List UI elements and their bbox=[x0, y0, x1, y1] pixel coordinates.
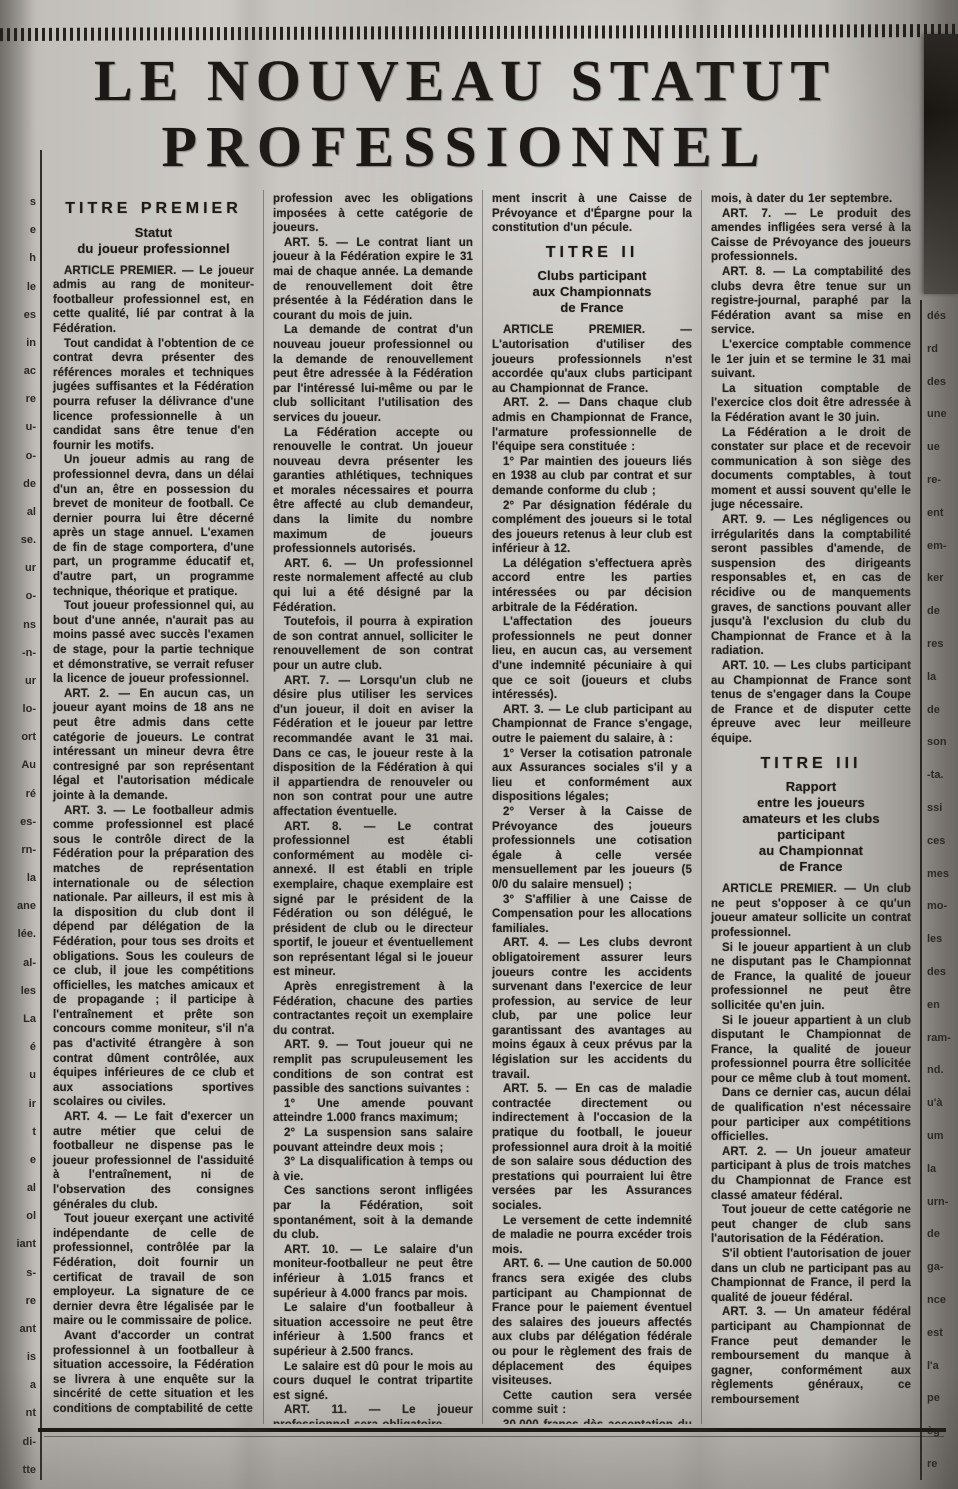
edge-text-fragment: des bbox=[927, 966, 957, 978]
article-paragraph: ART. 8. — Le contrat professionnel est é… bbox=[273, 820, 473, 981]
edge-text-fragment: é bbox=[2, 1041, 36, 1053]
edge-text-fragment: ces bbox=[927, 835, 957, 847]
article-paragraph: Tout candidat à l'obtention de ce contra… bbox=[53, 337, 254, 454]
edge-text-fragment: a bbox=[2, 1379, 36, 1391]
article-paragraph: ART. 6. — Un professionnel reste normale… bbox=[273, 557, 473, 615]
edge-text-fragment: l'a bbox=[927, 1360, 957, 1372]
edge-text-fragment: nce bbox=[927, 1294, 957, 1306]
edge-text-fragment: les bbox=[927, 933, 957, 945]
article-column: TITRE PREMIERStatutdu joueur professionn… bbox=[44, 190, 263, 1424]
edge-text-fragment: La bbox=[2, 1013, 36, 1025]
article-columns: TITRE PREMIERStatutdu joueur professionn… bbox=[44, 190, 920, 1424]
article-paragraph: ART. 4. — Le fait d'exercer un autre mét… bbox=[53, 1110, 254, 1212]
section-subtitle: participant bbox=[711, 827, 911, 843]
article-paragraph: ART. 5. — Le contrat liant un joueur à l… bbox=[273, 236, 473, 324]
edge-text-fragment: e bbox=[2, 1154, 36, 1166]
article-paragraph: ART. 3. — Le club participant au Champio… bbox=[492, 703, 692, 747]
edge-text-fragment: u bbox=[2, 1069, 36, 1081]
edge-text-fragment: de bbox=[927, 605, 957, 617]
edge-text-fragment: rd bbox=[927, 343, 957, 355]
article-paragraph: ART. 9. — Les négligences ou irrégularit… bbox=[711, 513, 911, 659]
article-paragraph: ART. 5. — En cas de maladie contractée d… bbox=[492, 1082, 692, 1213]
article-paragraph: L'affectation des joueurs professionnels… bbox=[492, 615, 692, 703]
article-paragraph: 2° Verser à la Caisse de Prévoyance des … bbox=[492, 805, 692, 893]
edge-text-fragment: s bbox=[2, 196, 36, 208]
article-paragraph: Cette caution sera versée comme suit : bbox=[492, 1389, 692, 1418]
edge-text-fragment: ir bbox=[2, 1098, 36, 1110]
right-vertical-rule bbox=[920, 300, 922, 1480]
article-paragraph: 2° Par désignation fédérale du complémen… bbox=[492, 499, 692, 557]
edge-text-fragment: ent bbox=[927, 507, 957, 519]
article-paragraph: profession avec les obligations imposées… bbox=[273, 192, 473, 236]
edge-text-fragment: ker bbox=[927, 572, 957, 584]
edge-text-fragment: ga- bbox=[927, 1261, 957, 1273]
edge-text-fragment: est bbox=[927, 1327, 957, 1339]
edge-text-fragment: em- bbox=[927, 540, 957, 552]
edge-text-fragment: ane bbox=[2, 900, 36, 912]
edge-text-fragment: la bbox=[2, 872, 36, 884]
article-paragraph: mois, à dater du 1er septembre. bbox=[711, 192, 911, 207]
edge-text-fragment: is bbox=[2, 1351, 36, 1363]
article-paragraph: Tout joueur professionnel qui, au bout d… bbox=[53, 599, 254, 687]
article-paragraph: Dans ce dernier cas, aucun délai de qual… bbox=[711, 1086, 911, 1144]
edge-text-fragment: ré bbox=[2, 788, 36, 800]
edge-text-fragment: -ta. bbox=[927, 769, 957, 781]
edge-text-fragment: h bbox=[2, 252, 36, 264]
edge-text-fragment: u'à bbox=[927, 1097, 957, 1109]
article-paragraph: 3° La disqualification à temps ou à vie. bbox=[273, 1155, 473, 1184]
edge-text-fragment: -n- bbox=[2, 647, 36, 659]
section-title: TITRE II bbox=[492, 246, 692, 261]
section-title: TITRE III bbox=[711, 757, 911, 772]
section-subtitle: du joueur professionnel bbox=[53, 241, 254, 257]
edge-text-fragment: se. bbox=[2, 534, 36, 546]
section-subtitle: au Championnat bbox=[711, 843, 911, 859]
top-border-ticks bbox=[0, 24, 958, 41]
right-column-fragments: désrddesuneuere-entem-kerderesladeson-ta… bbox=[924, 310, 957, 1470]
article-paragraph: ARTICLE PREMIER. — L'autorisation d'util… bbox=[492, 323, 692, 396]
section-subtitle: Statut bbox=[53, 225, 254, 241]
edge-text-fragment: in bbox=[2, 337, 36, 349]
edge-text-fragment: mes bbox=[927, 868, 957, 880]
edge-text-fragment: s- bbox=[2, 1267, 36, 1279]
article-column: ment inscrit à une Caisse de Prévoyance … bbox=[482, 190, 701, 1424]
bottom-horizontal-rule bbox=[38, 1428, 946, 1432]
edge-text-fragment: lo- bbox=[2, 703, 36, 715]
article-column: mois, à dater du 1er septembre.ART. 7. —… bbox=[701, 190, 920, 1424]
edge-text-fragment: iant bbox=[2, 1238, 36, 1250]
article-paragraph: ART. 2. — En aucun cas, un joueur ayant … bbox=[53, 687, 254, 804]
article-paragraph: ART. 4. — Les clubs devront obligatoirem… bbox=[492, 936, 692, 1082]
article-paragraph: ment inscrit à une Caisse de Prévoyance … bbox=[492, 192, 692, 236]
edge-text-fragment: re bbox=[2, 393, 36, 405]
section-subtitle: de France bbox=[711, 859, 911, 875]
article-paragraph: S'il obtient l'autorisation de jouer dan… bbox=[711, 1247, 911, 1305]
article-paragraph: ART. 2. — Un joueur amateur participant … bbox=[711, 1145, 911, 1203]
edge-text-fragment: la bbox=[927, 671, 957, 683]
edge-text-fragment: ns bbox=[2, 619, 36, 631]
edge-text-fragment: la bbox=[927, 1163, 957, 1175]
article-paragraph: ART. 3. — Un amateur fédéral participant… bbox=[711, 1305, 911, 1407]
article-paragraph: ART. 3. — Le footballeur admis comme pro… bbox=[53, 804, 254, 1110]
article-paragraph: ART. 6. — Une caution de 50.000 francs s… bbox=[492, 1257, 692, 1388]
edge-text-fragment: urn- bbox=[927, 1196, 957, 1208]
edge-text-fragment: ort bbox=[2, 731, 36, 743]
article-paragraph: ART. 2. — Dans chaque club admis en Cham… bbox=[492, 396, 692, 454]
article-paragraph: 3° S'affilier à une Caisse de Compensati… bbox=[492, 893, 692, 937]
bottom-horizontal-rule-thin bbox=[44, 1436, 944, 1437]
edge-text-fragment: tte bbox=[2, 1464, 36, 1476]
left-column-fragments: sehleesinacreu-o-dealse.uro-ns-n-urlo-or… bbox=[2, 196, 38, 1476]
edge-text-fragment: mo- bbox=[927, 900, 957, 912]
edge-text-fragment: ssi bbox=[927, 802, 957, 814]
edge-text-fragment: ur bbox=[2, 675, 36, 687]
headline: LE NOUVEAU STATUT PROFESSIONNEL bbox=[40, 48, 890, 180]
article-paragraph: ART. 10. — Les clubs participant au Cham… bbox=[711, 659, 911, 747]
article-paragraph: Ces sanctions seront infligées par la Fé… bbox=[273, 1184, 473, 1242]
article-paragraph: 30.000 francs dès acceptation du club da… bbox=[492, 1418, 692, 1424]
edge-text-fragment: re bbox=[927, 1458, 957, 1470]
edge-text-fragment: des bbox=[927, 376, 957, 388]
article-paragraph: Tout joueur de cette catégorie ne peut c… bbox=[711, 1203, 911, 1247]
edge-text-fragment: ant bbox=[2, 1323, 36, 1335]
article-paragraph: Tout joueur exerçant une activité indépe… bbox=[53, 1212, 254, 1329]
article-paragraph: Le salaire est dû pour le mois au cours … bbox=[273, 1360, 473, 1404]
section-subtitle: entre les joueurs bbox=[711, 795, 911, 811]
edge-text-fragment: re- bbox=[927, 474, 957, 486]
article-paragraph: Après enregistrement à la Fédération, ch… bbox=[273, 980, 473, 1038]
edge-text-fragment: de bbox=[2, 478, 36, 490]
edge-text-fragment: e bbox=[2, 224, 36, 236]
article-paragraph: ART. 9. — Tout joueur qui ne remplit pas… bbox=[273, 1038, 473, 1096]
section-subtitle: amateurs et les clubs bbox=[711, 811, 911, 827]
edge-text-fragment: es- bbox=[2, 816, 36, 828]
edge-text-fragment: le bbox=[2, 281, 36, 293]
edge-text-fragment: ol bbox=[2, 1210, 36, 1222]
edge-text-fragment: al bbox=[2, 506, 36, 518]
article-paragraph: 1° Une amende pouvant atteindre 1.000 fr… bbox=[273, 1097, 473, 1126]
edge-text-fragment: ac bbox=[2, 365, 36, 377]
article-paragraph: ARTICLE PREMIER. — Un club ne peut s'opp… bbox=[711, 882, 911, 940]
section-subtitle: Rapport bbox=[711, 779, 911, 795]
section-subtitle: aux Championnats bbox=[492, 284, 692, 300]
article-paragraph: Toutefois, il pourra à expiration de son… bbox=[273, 615, 473, 673]
edge-text-fragment: res bbox=[927, 638, 957, 650]
edge-text-fragment: u- bbox=[2, 421, 36, 433]
edge-text-fragment: t bbox=[2, 1126, 36, 1138]
article-paragraph: 2° La suspension sans salaire pouvant at… bbox=[273, 1126, 473, 1155]
edge-text-fragment: une bbox=[927, 408, 957, 420]
article-paragraph: Si le joueur appartient à un club disput… bbox=[711, 1014, 911, 1087]
article-paragraph: 1° Par maintien des joueurs liés en 1938… bbox=[492, 455, 692, 499]
article-paragraph: Si le joueur appartient à un club ne dis… bbox=[711, 941, 911, 1014]
article-paragraph: ARTICLE PREMIER. — Le joueur admis au ra… bbox=[53, 264, 254, 337]
edge-text-fragment: rn- bbox=[2, 844, 36, 856]
article-paragraph: ART. 7. — Le produit des amendes infligé… bbox=[711, 207, 911, 265]
adjacent-page-photo-fragment bbox=[924, 34, 958, 294]
article-paragraph: 1° Verser la cotisation patronale aux As… bbox=[492, 747, 692, 805]
article-paragraph: La situation comptable de l'exercice clo… bbox=[711, 382, 911, 426]
article-paragraph: Un joueur admis au rang de professionnel… bbox=[53, 453, 254, 599]
edge-text-fragment: ram- bbox=[927, 1032, 957, 1044]
article-column: profession avec les obligations imposées… bbox=[263, 190, 482, 1424]
edge-text-fragment: al bbox=[2, 1182, 36, 1194]
edge-text-fragment: al- bbox=[2, 957, 36, 969]
edge-text-fragment: Au bbox=[2, 759, 36, 771]
edge-text-fragment: es bbox=[2, 309, 36, 321]
section-title: TITRE PREMIER bbox=[53, 202, 254, 217]
edge-text-fragment: son bbox=[927, 736, 957, 748]
article-paragraph: La Fédération a le droit de constater su… bbox=[711, 426, 911, 514]
section-subtitle: Clubs participant bbox=[492, 268, 692, 284]
section-subtitle: de France bbox=[492, 300, 692, 316]
article-paragraph: Le salaire d'un footballeur à situation … bbox=[273, 1301, 473, 1359]
edge-text-fragment: dés bbox=[927, 310, 957, 322]
article-paragraph: ART. 7. — Lorsqu'un club ne désire plus … bbox=[273, 674, 473, 820]
edge-text-fragment: pe bbox=[927, 1392, 957, 1404]
edge-text-fragment: les bbox=[2, 985, 36, 997]
edge-text-fragment: ue bbox=[927, 441, 957, 453]
article-paragraph: Avant d'accorder un contrat professionne… bbox=[53, 1329, 254, 1417]
newspaper-page: LE NOUVEAU STATUT PROFESSIONNEL sehleesi… bbox=[0, 0, 958, 1489]
edge-text-fragment: nd. bbox=[927, 1064, 957, 1076]
edge-text-fragment: di- bbox=[2, 1436, 36, 1448]
edge-text-fragment: ur bbox=[2, 562, 36, 574]
edge-text-fragment: re bbox=[2, 1295, 36, 1307]
edge-text-fragment: de bbox=[927, 1228, 957, 1240]
article-paragraph: La demande de contrat d'un nouveau joueu… bbox=[273, 323, 473, 425]
edge-text-fragment: lée. bbox=[2, 928, 36, 940]
left-vertical-rule bbox=[40, 150, 42, 1480]
edge-text-fragment: um bbox=[927, 1130, 957, 1142]
headline-line2: PROFESSIONNEL bbox=[162, 114, 769, 179]
edge-text-fragment: o- bbox=[2, 590, 36, 602]
article-paragraph: La délégation s'effectuera après accord … bbox=[492, 557, 692, 615]
headline-line1: LE NOUVEAU STATUT bbox=[94, 48, 836, 113]
article-paragraph: La Fédération accepte ou renouvelle le c… bbox=[273, 426, 473, 557]
edge-text-fragment: de bbox=[927, 704, 957, 716]
article-paragraph: ART. 8. — La comptabilité des clubs devr… bbox=[711, 265, 911, 338]
article-paragraph: Le versement de cette indemnité de malad… bbox=[492, 1214, 692, 1258]
edge-text-fragment: o- bbox=[2, 450, 36, 462]
edge-text-fragment: nt bbox=[2, 1407, 36, 1419]
edge-text-fragment: en bbox=[927, 999, 957, 1011]
article-paragraph: ART. 10. — Le salaire d'un moniteur-foot… bbox=[273, 1243, 473, 1301]
article-paragraph: L'exercice comptable commence le 1er jui… bbox=[711, 338, 911, 382]
article-paragraph: ART. 11. — Le joueur professionnel sera … bbox=[273, 1403, 473, 1424]
